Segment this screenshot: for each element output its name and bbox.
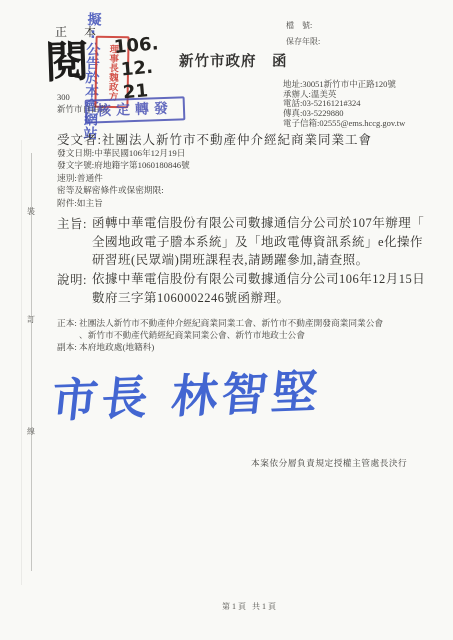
page-footer: 第1頁 共1頁 (222, 601, 278, 612)
recipient-zip: 300 (57, 92, 70, 102)
subject-text: 函轉中華電信股份有限公司數據通信分公司於107年辦理「 全國地政電子謄本系統」及… (92, 214, 432, 270)
original-recipients-label: 正本: (57, 317, 77, 329)
agency-title: 新竹市政府 函 (179, 50, 288, 71)
received-date-handwriting: 106. 12. 21 (113, 32, 163, 105)
scanned-official-letter: 裝 訂 線 正 本 閱 擬:公告於本會網站 理事長魏政方 106. 12. 21… (0, 0, 453, 640)
cc-recipients-label: 副本: (57, 341, 77, 353)
document-meta-block: 發文日期:中華民國106年12月19日 發文字號:府地籍字第1060180846… (57, 147, 190, 209)
delegation-note: 本案依分層負責規定授權主管處長決行 (251, 457, 407, 469)
issue-number-line: 發文字號:府地籍字第1060180846號 (57, 159, 190, 171)
cc-recipients-text: 本府地政處(地籍科) (79, 341, 154, 353)
mayor-signature: 市長 林智堅 (49, 355, 326, 431)
original-recipients-text: 社團法人新竹市不動產仲介經紀商業同業工會、新竹市不動產開發商業同業公會 、新竹市… (79, 317, 429, 342)
binding-char-ding: 訂 (27, 314, 35, 325)
forward-approval-stamp: 核定轉發 (85, 96, 186, 123)
attachment-line: 附件:如主旨 (57, 197, 190, 209)
file-number-label: 檔 號: (286, 20, 312, 31)
description-text: 依據中華電信股份有限公司數據通信分公司106年12月15日 數府三字第10600… (92, 270, 432, 307)
sender-contact-block: 地址:30051新竹市中正路120號 承辦人:溫美英 電話:03-5216121… (283, 80, 405, 129)
retention-period-label: 保存年限: (286, 36, 320, 47)
subject-label: 主旨: (57, 214, 87, 232)
security-class-line: 密等及解密條件或保密期限: (57, 184, 190, 196)
description-label: 說明: (57, 270, 87, 288)
speed-class-line: 速別:普通件 (57, 172, 190, 184)
recipient-line: 受文者:社團法人新竹市不動產仲介經紀商業同業工會 (57, 130, 372, 148)
issue-date-line: 發文日期:中華民國106年12月19日 (57, 147, 190, 159)
received-date-year: 106. (113, 32, 159, 59)
binding-char-xian: 線 (27, 426, 35, 437)
sender-email: 電子信箱:02555@ems.hccg.gov.tw (283, 119, 405, 129)
binding-char-zhuang: 裝 (27, 206, 35, 217)
paper-edge-line (21, 140, 22, 585)
